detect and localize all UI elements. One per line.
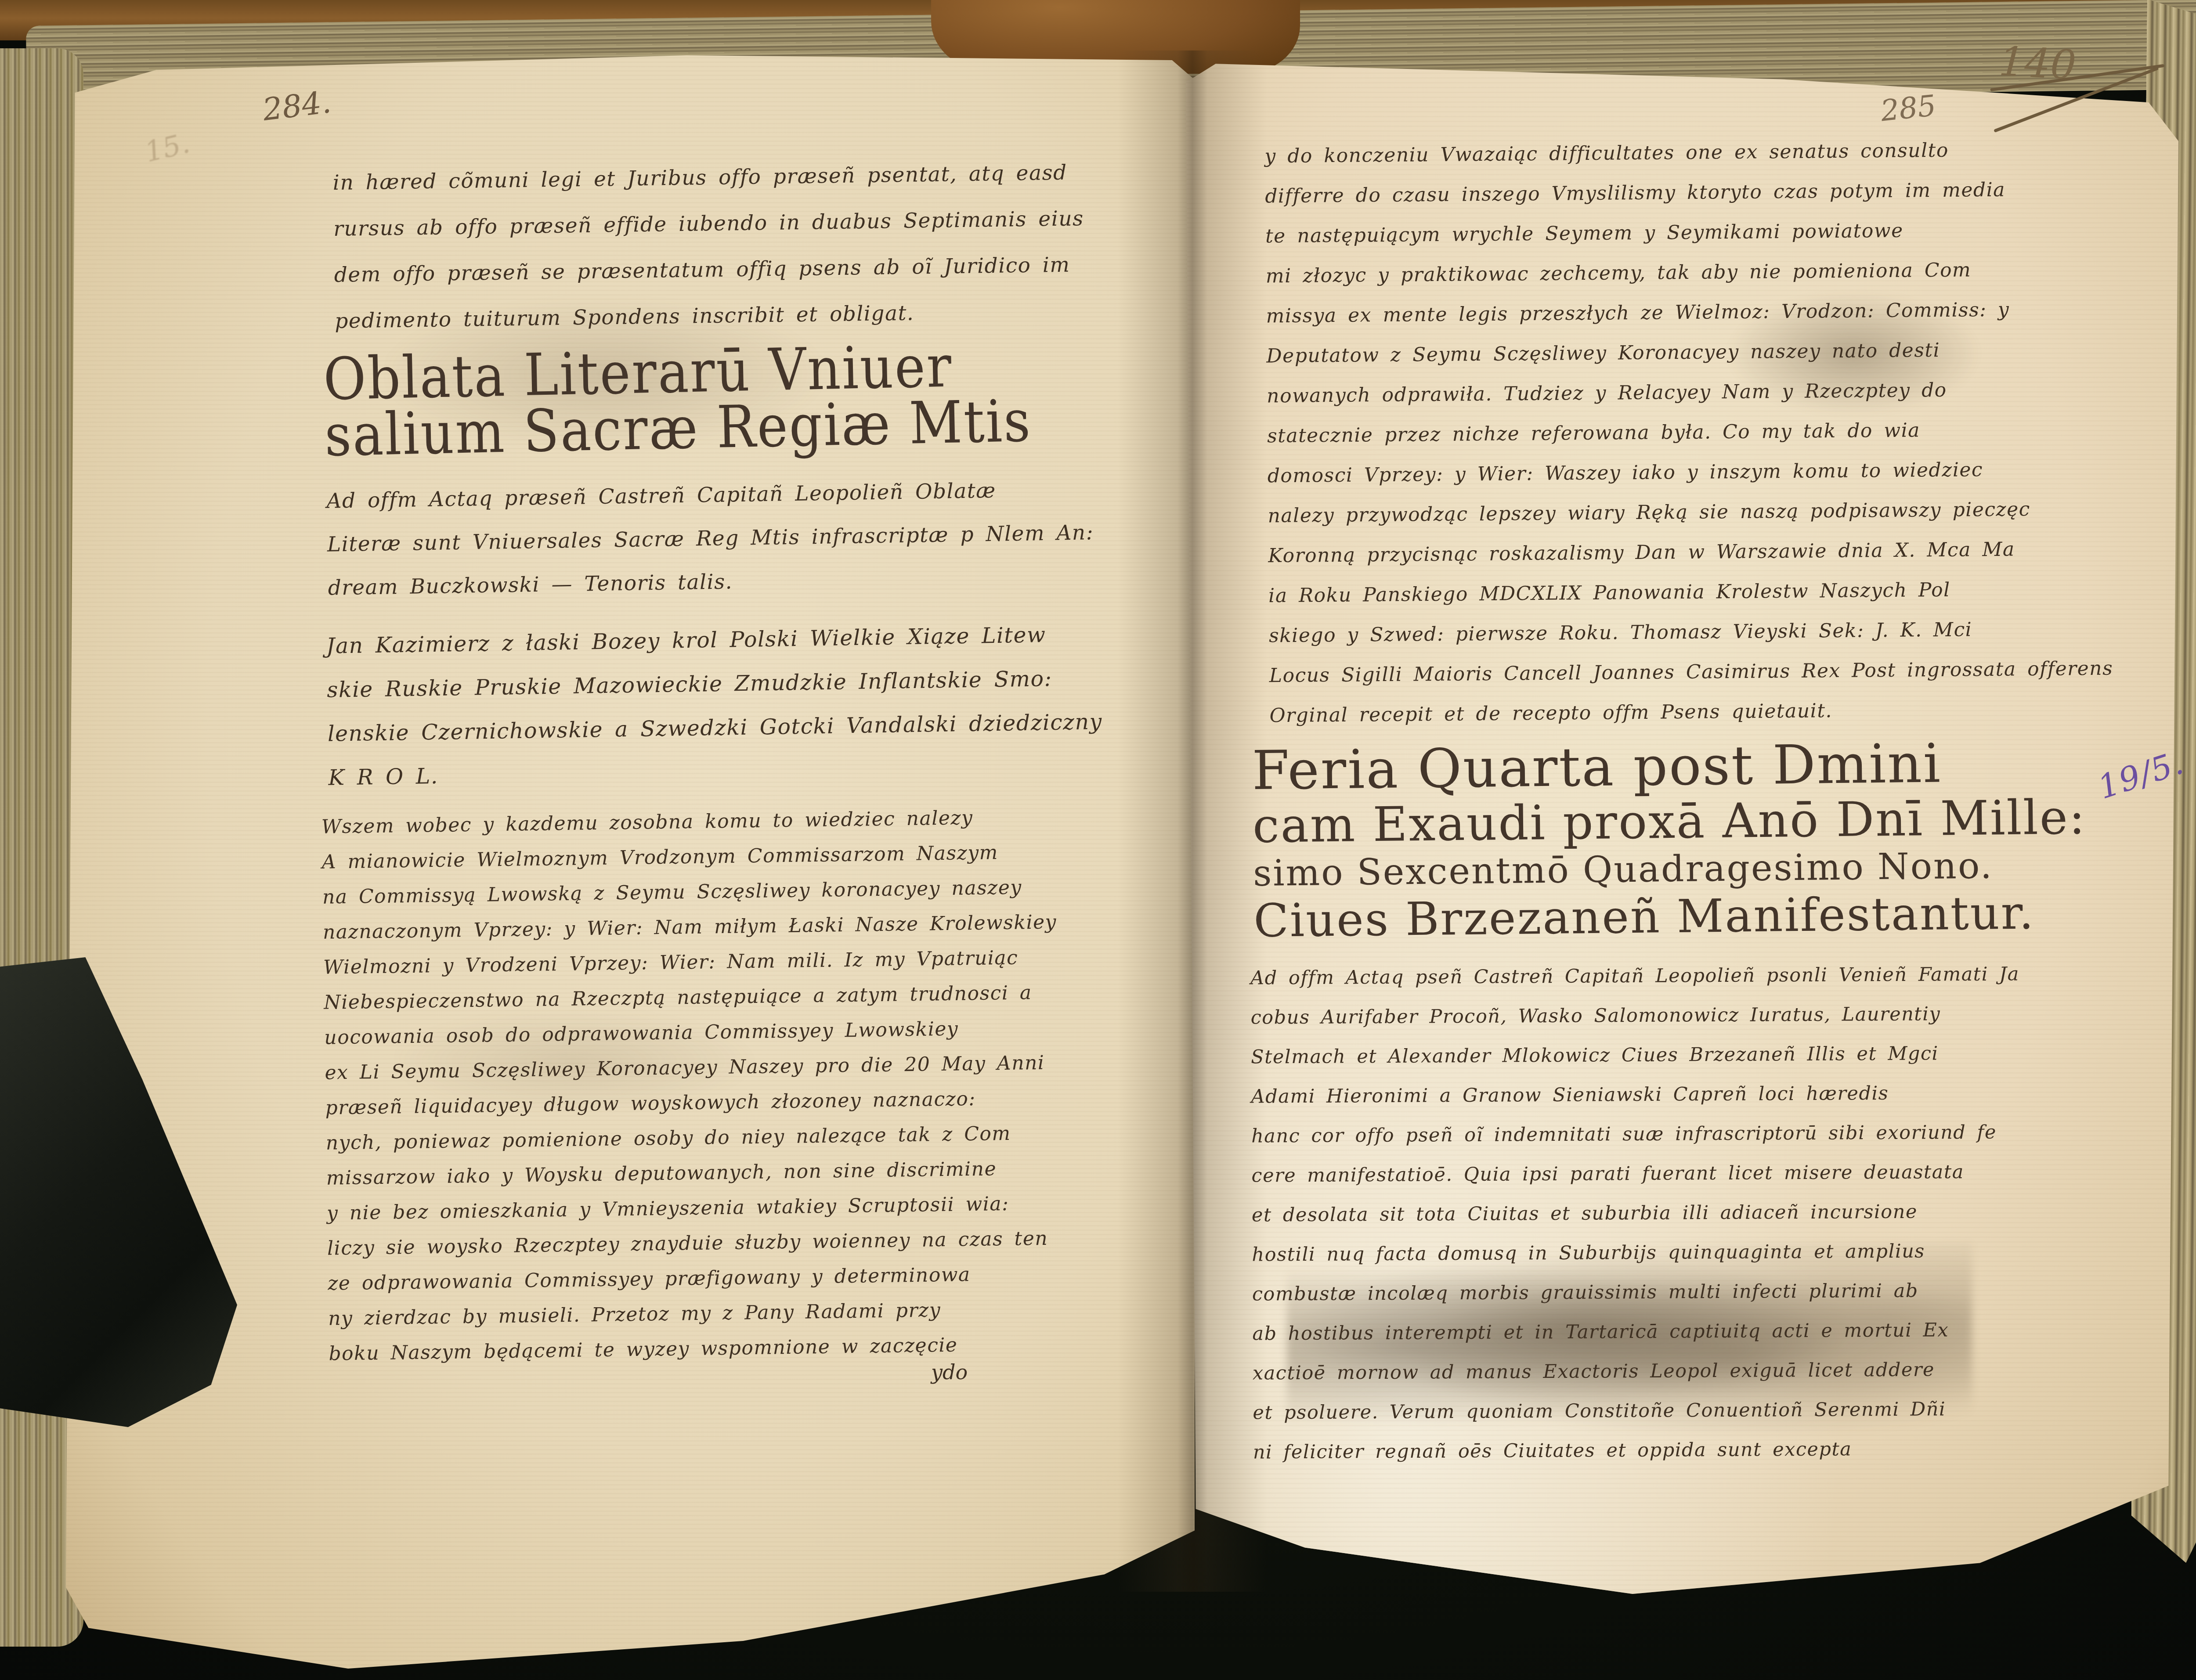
manuscript-text-line: domosci Vprzey: y Wier: Waszey iako y in…	[1267, 449, 2111, 496]
manuscript-text-line: Orginal recepit et de recepto offm Psens…	[1269, 689, 2113, 736]
manuscript-text-line: Adami Hieronimi a Granow Sieniawski Capr…	[1251, 1073, 2020, 1116]
heading-line: cam Exaudi proxā Anō Dnī Mille:	[1252, 791, 2086, 853]
manuscript-text-line: Deputatow z Seymu Sczęsliwey Koronacyey …	[1266, 329, 2110, 376]
manuscript-text-line: te następuiącym wrychle Seymem y Seymika…	[1265, 209, 2109, 256]
manuscript-text-line: combustæ incolæq morbis grauissimis mult…	[1252, 1270, 2021, 1314]
heading-line: Feria Quarta post Dmini	[1252, 732, 2086, 800]
manuscript-text-line: statecznie przez nichze referowana była.…	[1267, 409, 2111, 456]
manuscript-text-line: xactioē mornow ad manus Exactoris Leopol…	[1253, 1349, 2022, 1393]
manuscript-text-line: y do konczeniu Vwazaiąc difficultates on…	[1264, 129, 2109, 177]
manuscript-text-line: nowanych odprawiła. Tudziez y Relacyey N…	[1267, 369, 2111, 416]
manuscript-text-line: mi złozyc y praktikowac zechcemy, tak ab…	[1265, 249, 2109, 296]
folio-number-text: 140	[1998, 38, 2077, 89]
manuscript-text-line: Koronną przycisnąc roskazalismy Dan w Wa…	[1268, 529, 2112, 576]
manuscript-text-line: Ad offm Actaq pseñ Castreñ Capitañ Leopo…	[1250, 954, 2019, 998]
heading-line: salium Sacræ Regiæ Mtis	[324, 389, 1032, 467]
manuscript-text-line: ia Roku Panskiego MDCXLIX Panowania Krol…	[1268, 569, 2113, 616]
manuscript-photo: 15. 284. in hæred cõmuni legi et Juribus…	[0, 0, 2196, 1680]
left-page-intro-paragraph: in hæred cõmuni legi et Juribus offo præ…	[332, 149, 1085, 344]
left-page-oblata-paragraph: Ad offm Actaq præseñ Castreñ Capitañ Leo…	[326, 467, 1095, 609]
manuscript-text-line: hanc cor offo pseñ oĩ indemnitati suæ in…	[1251, 1112, 2020, 1156]
manuscript-text-line: ab hostibus interempti et in Tartaricā c…	[1252, 1310, 2021, 1353]
catchword: ydo	[931, 1360, 968, 1384]
heading-line: Ciues Brzezaneñ Manifestantur.	[1253, 886, 2088, 947]
manuscript-text-line: cere manifestatioē. Quia ipsi parati fue…	[1251, 1152, 2020, 1195]
left-page-body: Wszem wobec y kazdemu zosobna komu to wi…	[321, 799, 1063, 1371]
manuscript-text-line: et psoluere. Verum quoniam Constitoñe Co…	[1253, 1389, 2022, 1432]
manuscript-text-line: et desolata sit tota Ciuitas et suburbia…	[1252, 1191, 2021, 1235]
manuscript-text-line: missya ex mente legis przeszłych ze Wiel…	[1266, 289, 2110, 336]
manuscript-text-line: Locus Sigilli Maioris Cancell Joannes Ca…	[1269, 649, 2113, 696]
left-page-heading: Oblata Literarū Vniuer salium Sacræ Regi…	[323, 333, 1032, 460]
right-page-heading: Feria Quarta post Dmini cam Exaudi proxā…	[1252, 732, 2088, 947]
manuscript-text-line: skiego y Szwed: pierwsze Roku. Thomasz V…	[1269, 609, 2113, 656]
manuscript-text-line: nalezy przywodząc lepszey wiary Ręką sie…	[1268, 489, 2112, 536]
manuscript-text-line: hostili nuq facta domusq in Suburbijs qu…	[1252, 1231, 2021, 1274]
right-page-body-bottom: Ad offm Actaq pseñ Castreñ Capitañ Leopo…	[1250, 954, 2022, 1472]
manuscript-text-line: cobus Aurifaber Procoñ, Wasko Salomonowi…	[1250, 994, 2019, 1037]
page-number-right: 285	[1879, 89, 1937, 128]
right-page-body-top: y do konczeniu Vwazaiąc difficultates on…	[1264, 129, 2113, 736]
manuscript-text-line: Stelmach et Alexander Mlokowicz Ciues Br…	[1251, 1033, 2020, 1077]
left-page-royal-intitulation: Jan Kazimierz z łaski Bozey krol Polski …	[326, 612, 1103, 800]
manuscript-text-line: ni feliciter regnañ oēs Ciuitates et opp…	[1253, 1428, 2022, 1472]
manuscript-text-line: differre do czasu inszego Vmyslilismy kt…	[1265, 169, 2109, 216]
